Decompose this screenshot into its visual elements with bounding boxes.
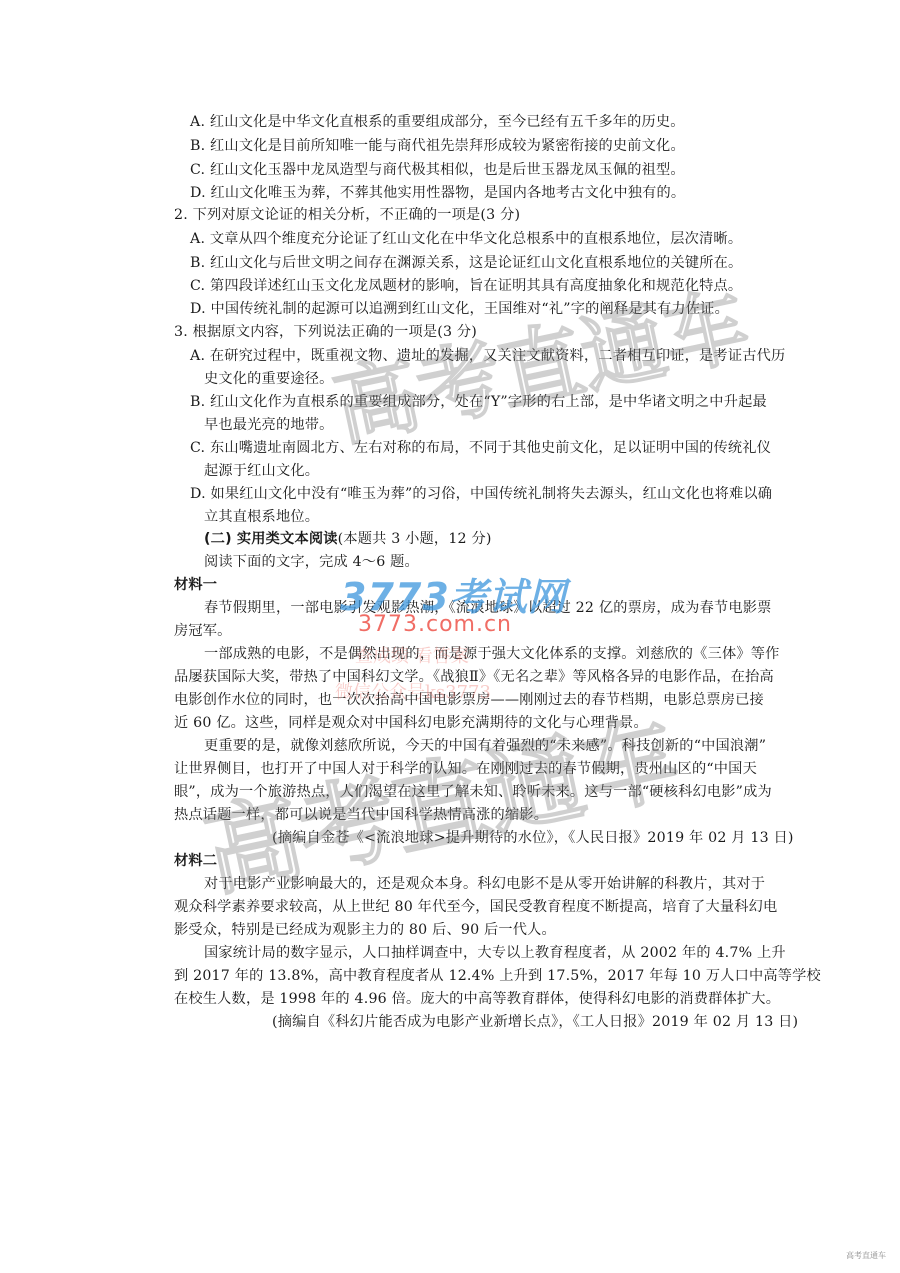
q3-option-b-line2: 早也最光亮的地带。 [204, 415, 334, 435]
q1-option-d: D. 红山文化唯玉为葬，不葬其他实用性器物，是国内各地考古文化中独有的。 [190, 183, 685, 203]
q3-option-d-line2: 立其直根系地位。 [204, 507, 319, 527]
q2-option-b: B. 红山文化与后世文明之间存在渊源关系，这是论证红山文化直根系地位的关键所在。 [190, 253, 742, 273]
footer-watermark: 高考直通车 [846, 1250, 886, 1261]
red-watermark-faint-2: 微信公众号ks3773 [335, 678, 491, 704]
material2-line: 影受众，特别是已经成为观影主力的 80 后、90 后一代人。 [174, 920, 556, 940]
q1-option-b: B. 红山文化是目前所知唯一能与商代祖先崇拜形成较为紧密衔接的史前文化。 [190, 136, 685, 156]
q2-option-a: A. 文章从四个维度充分论证了红山文化在中华文化总根系中的直根系地位，层次清晰。 [190, 229, 742, 249]
material2-line: 在校生人数，是 1998 年的 4.96 倍。庞大的中高等教育群体，使得科幻电影… [174, 989, 780, 1009]
q2-stem: 2. 下列对原文论证的相关分析，不正确的一项是(3 分) [174, 205, 520, 225]
material1-line: 一部成熟的电影，不是偶然出现的，而是源于强大文化体系的支撑。刘慈欣的《三体》等作 [204, 644, 780, 664]
q1-option-a: A. 红山文化是中华文化直根系的重要组成部分，至今已经有五千多年的历史。 [190, 112, 685, 132]
q1-option-c: C. 红山文化玉器中龙凤造型与商代极其相似，也是后世玉器龙凤玉佩的祖型。 [190, 160, 685, 180]
q3-option-a-line2: 史文化的重要途径。 [204, 369, 334, 389]
red-watermark-faint-1: 查成绩 看答案 [355, 642, 469, 668]
material1-line: 房冠军。 [174, 621, 232, 641]
q3-option-d-line1: D. 如果红山文化中没有“唯玉为葬”的习俗，中国传统礼制将失去源头，红山文化也将… [190, 484, 772, 504]
q3-option-c-line2: 起源于红山文化。 [204, 461, 319, 481]
material1-title: 材料一 [174, 575, 217, 595]
section2-heading-row: (二) 实用类文本阅读(本题共 3 小题，12 分) [204, 529, 492, 549]
q3-option-c-line1: C. 东山嘴遗址南圆北方、左右对称的布局，不同于其他史前文化，足以证明中国的传统… [190, 438, 771, 458]
section2-heading-note: (本题共 3 小题，12 分) [338, 531, 492, 547]
material2-source: (摘编自《科幻片能否成为电影产业新增长点》，《工人日报》2019 年 02 月 … [272, 1012, 798, 1032]
exam-page: A. 红山文化是中华文化直根系的重要组成部分，至今已经有五千多年的历史。 B. … [0, 0, 900, 1273]
material2-line: 国家统计局的数字显示，人口抽样调查中，大专以上教育程度者，从 2002 年的 4… [204, 943, 786, 963]
material2-line: 到 2017 年的 13.8%，高中教育程度者从 12.4% 上升到 17.5%… [174, 966, 821, 986]
red-watermark: 3773.com.cn [358, 612, 512, 637]
section2-heading: (二) 实用类文本阅读 [204, 531, 338, 547]
